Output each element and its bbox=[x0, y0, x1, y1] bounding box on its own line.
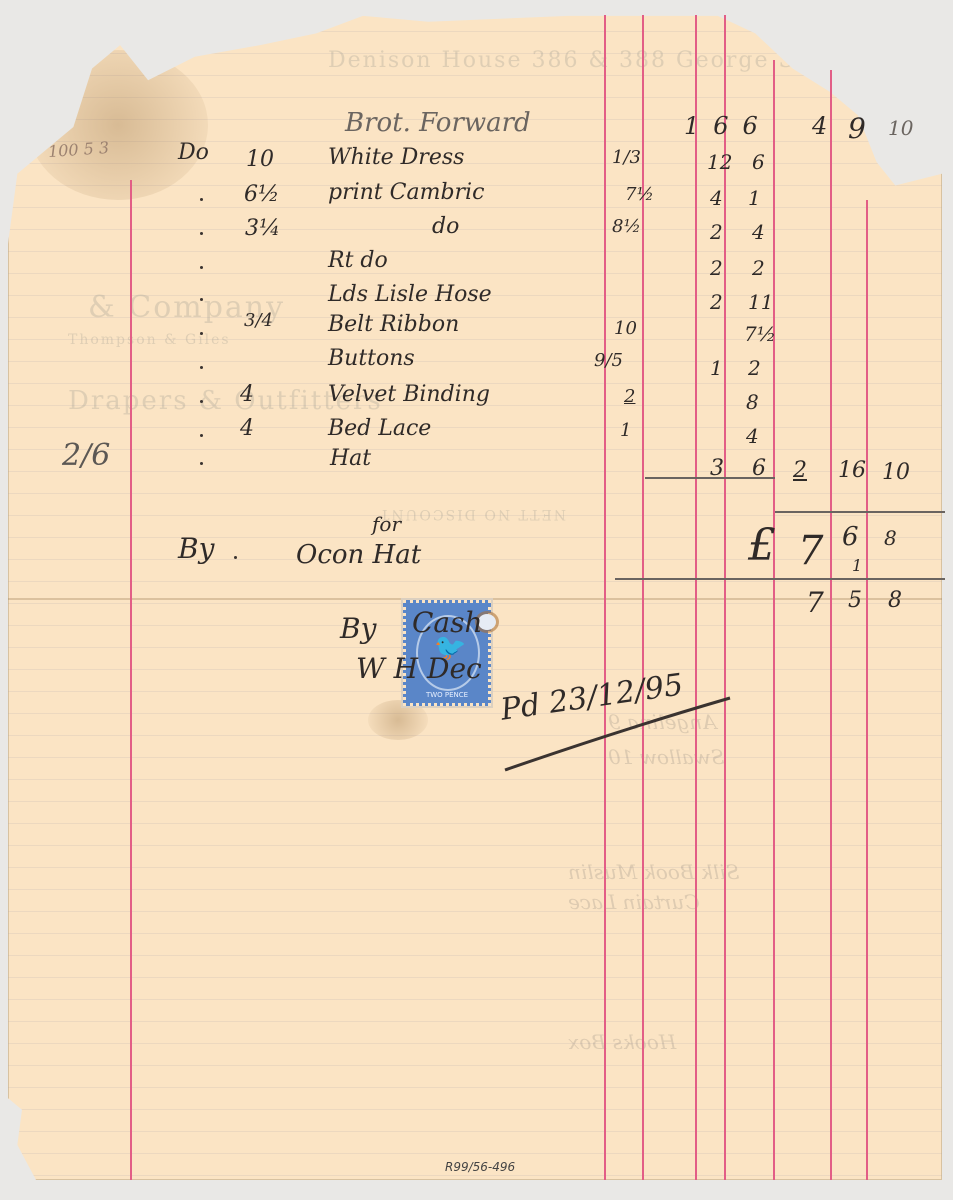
letterhead-address: Denison House 386 & 388 George St bbox=[328, 48, 806, 73]
item-description: Rt do bbox=[328, 248, 388, 273]
item-description: White Dress bbox=[328, 145, 464, 170]
receipt-by-label: By bbox=[340, 612, 376, 645]
left-margin-rule bbox=[130, 180, 132, 1180]
letterhead-terms: NETT NO DISCOUNT bbox=[378, 506, 566, 522]
item-pence: 2 bbox=[748, 356, 761, 380]
age-stain bbox=[28, 50, 208, 200]
receipt-signature: W H Dec bbox=[356, 652, 482, 685]
row-dot bbox=[200, 434, 203, 437]
signature-flourish bbox=[500, 690, 740, 780]
item-pence: 4 bbox=[746, 424, 759, 448]
item-pence: 11 bbox=[748, 290, 773, 314]
item-rate: 7½ bbox=[625, 184, 654, 205]
bleed-through-text: Hooks Box bbox=[568, 1030, 676, 1054]
credit-superscript: for bbox=[372, 512, 401, 536]
total-bottom-rule bbox=[615, 578, 945, 580]
item-rate: 8½ bbox=[612, 216, 641, 237]
row-dot bbox=[200, 198, 203, 201]
item-qty: 4 bbox=[240, 382, 254, 407]
row-dot bbox=[234, 556, 237, 559]
total-shillings: 6 bbox=[842, 522, 859, 552]
item-qty: 3¼ bbox=[245, 216, 280, 241]
brought-forward-label: Brot. Forward bbox=[345, 108, 531, 138]
item-qty: 6½ bbox=[244, 182, 279, 207]
column-rule bbox=[830, 70, 832, 1180]
bleed-through-text: Curtain Lace bbox=[568, 890, 700, 914]
credit-adjustment: 1 bbox=[852, 556, 862, 575]
item-pence: 4 bbox=[752, 220, 765, 244]
item-description: Velvet Binding bbox=[328, 382, 490, 407]
archive-reference: R99/56-496 bbox=[445, 1160, 515, 1174]
column-rule bbox=[724, 15, 726, 1180]
column-rule bbox=[604, 15, 606, 1180]
item-shillings: 12 bbox=[707, 150, 732, 174]
stamp-value: TWO PENCE bbox=[406, 691, 488, 699]
bf-pounds: 166 bbox=[684, 112, 772, 140]
row-dot bbox=[200, 400, 203, 403]
column-rule bbox=[773, 60, 775, 1180]
column-rule bbox=[695, 15, 697, 1180]
subtotal-pence-col: 10 bbox=[882, 460, 910, 485]
total-pounds: 7 bbox=[798, 528, 823, 574]
bf-farthings: 10 bbox=[888, 116, 913, 140]
receipt-cash: Cash bbox=[412, 606, 483, 639]
item-pence: 8 bbox=[746, 390, 759, 414]
item-description: Belt Ribbon bbox=[328, 312, 459, 337]
item-description: Lds Lisle Hose bbox=[328, 282, 492, 307]
item-shillings: 2 bbox=[710, 220, 723, 244]
row-dot bbox=[200, 266, 203, 269]
letterhead-partners: Thompson & Giles bbox=[68, 332, 231, 348]
item-description: Hat bbox=[330, 446, 371, 471]
date-prefix: Do bbox=[178, 140, 209, 165]
item-shillings: 2 bbox=[710, 290, 723, 314]
credit-by-label: By bbox=[178, 532, 214, 565]
subtotal-shillings: 3 bbox=[710, 456, 724, 481]
net-pence: 8 bbox=[888, 588, 902, 613]
item-shillings: 1 bbox=[710, 356, 723, 380]
item-pence: 1 bbox=[748, 186, 761, 210]
subtotal-shillings-col: 16 bbox=[838, 458, 866, 483]
total-currency: £ bbox=[748, 520, 776, 571]
net-shillings: 5 bbox=[848, 588, 862, 613]
column-rule bbox=[866, 200, 868, 1180]
item-description: Buttons bbox=[328, 346, 415, 371]
item-rate: 9/5 bbox=[594, 350, 623, 371]
item-rate: 2 bbox=[624, 386, 635, 407]
item-rate: 1/3 bbox=[612, 147, 641, 168]
item-qty: 10 bbox=[246, 147, 274, 172]
item-pence: 2 bbox=[752, 256, 765, 280]
row-dot bbox=[200, 232, 203, 235]
total-top-rule bbox=[775, 511, 945, 513]
margin-total: 2/6 bbox=[62, 438, 110, 473]
credit-description: Ocon Hat bbox=[296, 540, 421, 570]
item-description: do bbox=[432, 214, 459, 239]
item-rate: 10 bbox=[614, 318, 637, 339]
bf-shillings: 4 bbox=[812, 112, 827, 140]
subtotal-pounds-col: 2 bbox=[793, 458, 807, 483]
item-description: print Cambric bbox=[328, 180, 484, 205]
age-stain bbox=[368, 700, 428, 740]
bf-pence: 9 bbox=[848, 112, 866, 145]
subtotal-pence: 6 bbox=[752, 456, 766, 481]
row-dot bbox=[200, 332, 203, 335]
item-qty: 4 bbox=[240, 416, 254, 441]
item-shillings: 2 bbox=[710, 256, 723, 280]
item-qty: 3/4 bbox=[244, 310, 273, 331]
total-pence: 8 bbox=[884, 526, 897, 550]
item-pence: 7½ bbox=[744, 322, 776, 346]
item-shillings: 4 bbox=[710, 186, 723, 210]
row-dot bbox=[200, 462, 203, 465]
item-pence: 6 bbox=[752, 150, 765, 174]
row-dot bbox=[200, 366, 203, 369]
net-pounds: 7 bbox=[806, 586, 824, 619]
item-rate: 1 bbox=[620, 420, 631, 441]
bleed-through-text: Silk Book Muslin bbox=[568, 860, 740, 884]
item-description: Bed Lace bbox=[328, 416, 431, 441]
row-dot bbox=[200, 298, 203, 301]
